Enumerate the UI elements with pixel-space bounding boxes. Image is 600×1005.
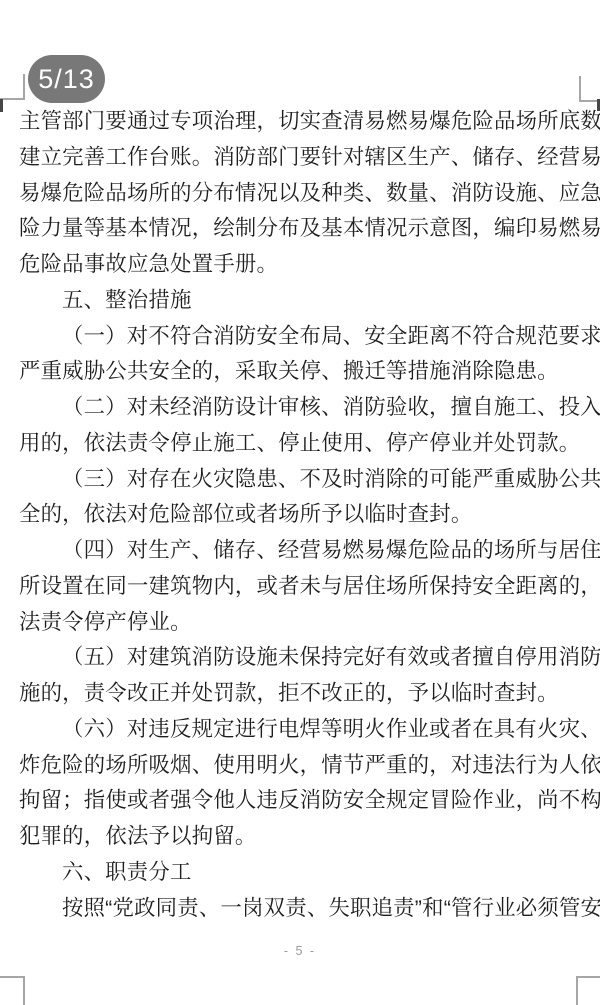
document-line: 所设置在同一建筑物内，或者未与居住场所保持安全距离的，依 <box>19 569 585 605</box>
document-line: 拘留；指使或者强令他人违反消防安全规定冒险作业，尚不构成 <box>19 783 585 819</box>
document-line: 易爆危险品场所的分布情况以及种类、数量、消防设施、应急抢 <box>19 176 585 212</box>
document-line: 法责令停产停业。 <box>19 605 585 641</box>
page-indicator-badge: 5/13 <box>28 55 105 103</box>
document-line: 险力量等基本情况，绘制分布及基本情况示意图，编印易燃易爆 <box>19 211 585 247</box>
document-line: 严重威胁公共安全的，采取关停、搬迁等措施消除隐患。 <box>19 354 585 390</box>
document-line: 炸危险的场所吸烟、使用明火，情节严重的，对违法行为人依法 <box>19 748 585 784</box>
crop-mark-bottom-left <box>0 976 25 1005</box>
document-line: （一）对不符合消防安全布局、安全距离不符合规范要求、 <box>19 319 585 355</box>
document-line: 全的，依法对危险部位或者场所予以临时查封。 <box>19 497 585 533</box>
document-line: （四）对生产、储存、经营易燃易爆危险品的场所与居住场 <box>19 533 585 569</box>
document-line: （三）对存在火灾隐患、不及时消除的可能严重威胁公共安 <box>19 462 585 498</box>
document-page[interactable]: 5/13 主管部门要通过专项治理，切实查清易燃易爆危险品场所底数，建立完善工作台… <box>0 0 600 1005</box>
document-line: 用的，依法责令停止施工、停止使用、停产停业并处罚款。 <box>19 426 585 462</box>
document-line: 犯罪的，依法予以拘留。 <box>19 819 585 855</box>
document-line: 五、整治措施 <box>19 283 585 319</box>
document-line: 六、职责分工 <box>19 855 585 891</box>
crop-mark-bottom-right <box>576 976 600 1005</box>
document-line: 建立完善工作台账。消防部门要针对辖区生产、储存、经营易燃 <box>19 140 585 176</box>
document-line: 按照“党政同责、一岗双责、失职追责”和“管行业必须管安全 <box>19 891 585 927</box>
document-line: （六）对违反规定进行电焊等明火作业或者在具有火灾、爆 <box>19 712 585 748</box>
edge-fragment-left <box>0 99 3 112</box>
document-text: 主管部门要通过专项治理，切实查清易燃易爆危险品场所底数，建立完善工作台账。消防部… <box>19 104 585 926</box>
document-line: 主管部门要通过专项治理，切实查清易燃易爆危险品场所底数， <box>19 104 585 140</box>
document-line: （五）对建筑消防设施未保持完好有效或者擅自停用消防设 <box>19 640 585 676</box>
page-number-footer: - 5 - <box>0 944 600 958</box>
document-line: （二）对未经消防设计审核、消防验收，擅自施工、投入使 <box>19 390 585 426</box>
crop-mark-top-left <box>0 74 25 100</box>
document-line: 危险品事故应急处置手册。 <box>19 247 585 283</box>
document-line: 施的，责令改正并处罚款，拒不改正的，予以临时查封。 <box>19 676 585 712</box>
